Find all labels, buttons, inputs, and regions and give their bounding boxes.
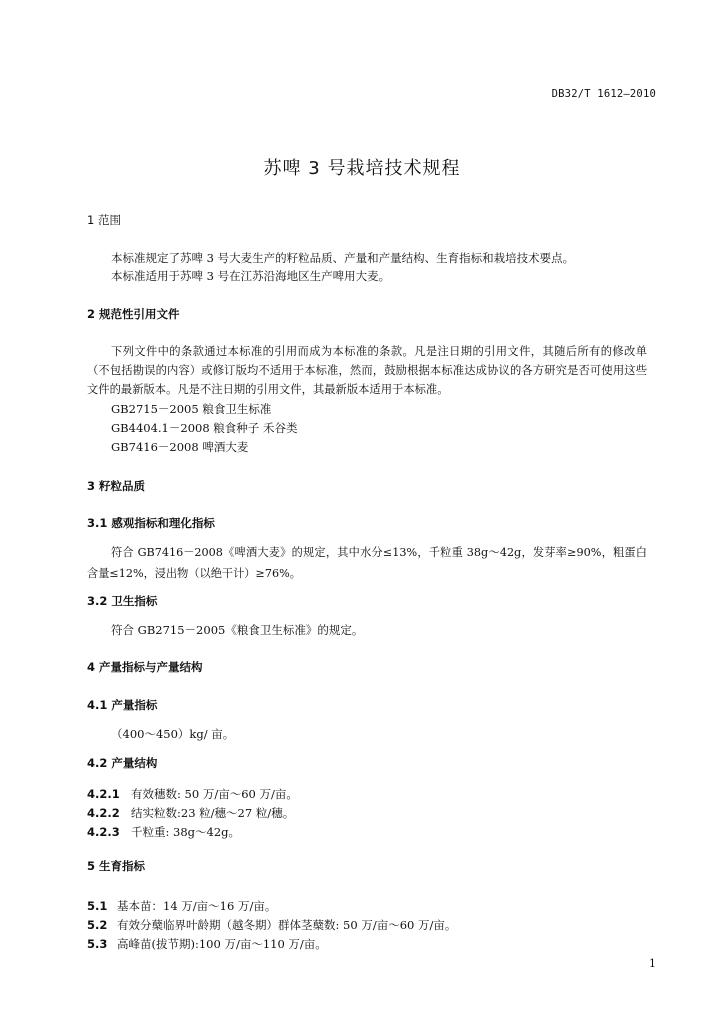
page-number: 1 — [649, 957, 656, 970]
section-1-heading: 1 范围 — [87, 212, 121, 228]
item-number: 4.2.2 — [87, 806, 131, 820]
section-2-heading: 2 规范性引用文件 — [87, 306, 180, 322]
item-number: 5.3 — [87, 937, 117, 951]
section-2-paragraph: 下列文件中的条款通过本标准的引用而成为本标准的条款。凡是注日期的引用文件，其随后… — [87, 342, 647, 399]
item-number: 5.1 — [87, 899, 117, 913]
list-item: 5.2有效分蘖临界叶龄期（越冬期）群体茎蘖数: 50 万/亩～60 万/亩。 — [87, 914, 456, 933]
reference-item: GB7416－2008 啤酒大麦 — [111, 439, 248, 455]
document-title: 苏啤 3 号栽培技术规程 — [0, 154, 724, 180]
section-4-heading: 4 产量指标与产量结构 — [87, 659, 203, 675]
list-item: 4.2.1有效穗数: 50 万/亩～60 万/亩。 — [87, 783, 298, 802]
item-text: 结实粒数:23 粒/穗～27 粒/穗。 — [131, 806, 294, 820]
item-text: 有效分蘖临界叶龄期（越冬期）群体茎蘖数: 50 万/亩～60 万/亩。 — [117, 918, 456, 932]
section-4-1-heading: 4.1 产量指标 — [87, 697, 157, 713]
section-1-paragraph-2: 本标准适用于苏啤 3 号在江苏沿海地区生产啤用大麦。 — [111, 268, 390, 284]
list-item: 5.1基本苗：14 万/亩～16 万/亩。 — [87, 895, 276, 914]
list-item: 5.3高峰苗(拔节期):100 万/亩～110 万/亩。 — [87, 933, 327, 952]
section-3-2-heading: 3.2 卫生指标 — [87, 593, 157, 609]
section-5-heading: 5 生育指标 — [87, 858, 145, 874]
item-number: 4.2.1 — [87, 787, 131, 801]
item-text: 有效穗数: 50 万/亩～60 万/亩。 — [131, 787, 298, 801]
item-text: 高峰苗(拔节期):100 万/亩～110 万/亩。 — [117, 937, 327, 951]
section-1-paragraph-1: 本标准规定了苏啤 3 号大麦生产的籽粒品质、产量和产量结构、生育指标和栽培技术要… — [111, 250, 574, 266]
section-3-1-heading: 3.1 感观指标和理化指标 — [87, 515, 215, 531]
reference-item: GB4404.1－2008 粮食种子 禾谷类 — [111, 420, 297, 436]
section-3-heading: 3 籽粒品质 — [87, 478, 145, 494]
standard-code: DB32/T 1612—2010 — [552, 88, 656, 100]
item-text: 基本苗：14 万/亩～16 万/亩。 — [117, 899, 276, 913]
item-text: 千粒重: 38g～42g。 — [131, 825, 240, 839]
item-number: 4.2.3 — [87, 825, 131, 839]
section-3-1-paragraph: 符合 GB7416－2008《啤酒大麦》的规定，其中水分≤13%，千粒重 38g… — [87, 542, 647, 584]
section-4-1-paragraph: （400～450）kg/ 亩。 — [111, 726, 234, 742]
list-item: 4.2.3千粒重: 38g～42g。 — [87, 821, 240, 840]
reference-item: GB2715－2005 粮食卫生标准 — [111, 401, 271, 417]
list-item: 4.2.2结实粒数:23 粒/穗～27 粒/穗。 — [87, 802, 294, 821]
section-4-2-heading: 4.2 产量结构 — [87, 755, 157, 771]
item-number: 5.2 — [87, 918, 117, 932]
section-3-2-paragraph: 符合 GB2715－2005《粮食卫生标准》的规定。 — [111, 622, 363, 638]
